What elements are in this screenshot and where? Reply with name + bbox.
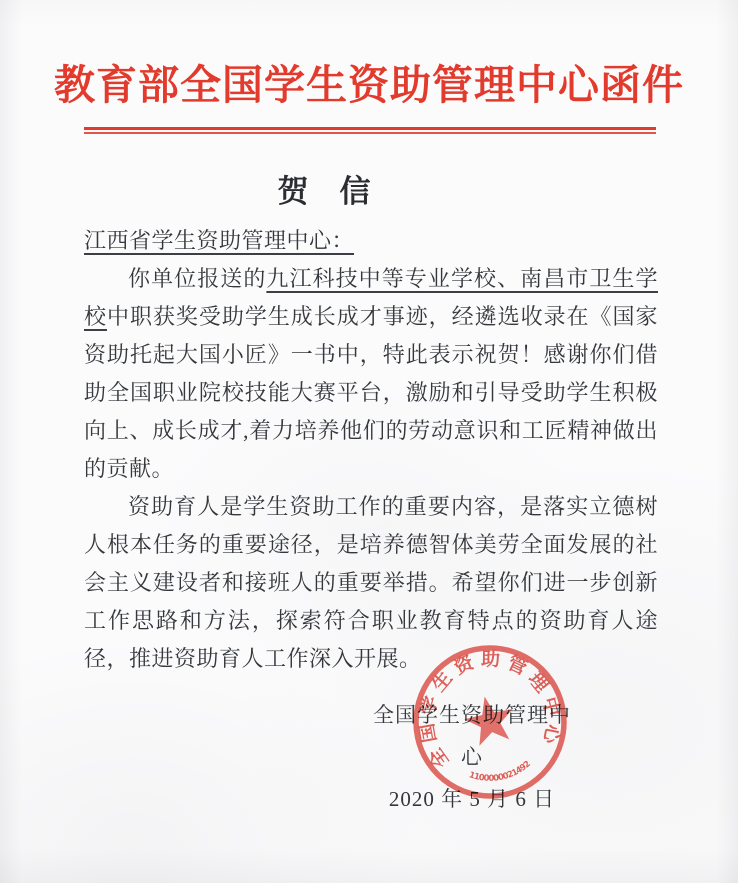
seal-star-icon: [460, 691, 518, 747]
salutation-line: 江西省学生资助管理中心：: [84, 222, 658, 260]
letterhead-title: 教育部全国学生资助管理中心函件: [0, 52, 738, 111]
paragraph-1: 你单位报送的九江科技中等专业学校、南昌市卫生学校中职获奖受助学生成长成才事迹，经…: [84, 260, 658, 488]
letter-title: 贺 信: [38, 166, 610, 211]
paragraph-1-rest: 中职获奖受助学生成长成才事迹，经遴选收录在《国家资助托起大国小匠》一书中，特此表…: [84, 304, 658, 481]
letter-body: 江西省学生资助管理中心： 你单位报送的九江科技中等专业学校、南昌市卫生学校中职获…: [84, 222, 658, 678]
seal-graphic: 全国学生资助管理中心 1100000021492: [393, 625, 588, 820]
letterhead-divider: [84, 127, 656, 134]
divider-thin-line: [84, 132, 656, 134]
paragraph-2: 资助育人是学生资助工作的重要内容，是落实立德树人根本任务的重要途径，是培养德智体…: [84, 488, 658, 678]
scanned-letter-page: 教育部全国学生资助管理中心函件 贺 信 江西省学生资助管理中心： 你单位报送的九…: [0, 0, 738, 883]
salutation: 江西省学生资助管理中心：: [84, 228, 354, 253]
official-seal: 全国学生资助管理中心 1100000021492: [393, 625, 588, 820]
paragraph-1-lead: 你单位报送的: [128, 266, 266, 291]
